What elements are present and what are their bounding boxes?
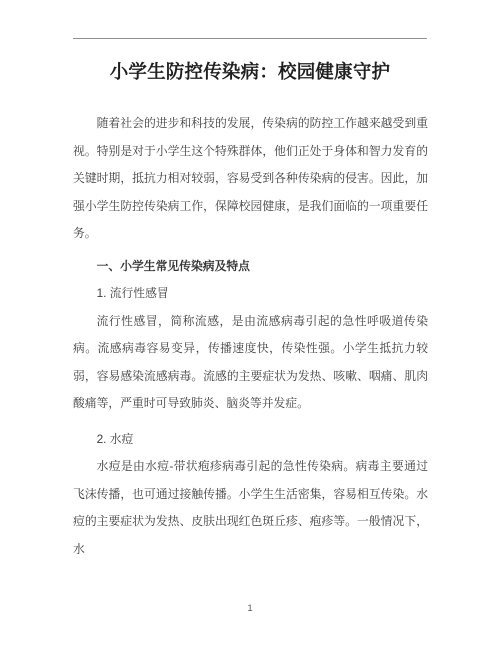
document-page: 小学生防控传染病：校园健康守护 随着社会的进步和科技的发展，传染病的防控工作越来…: [0, 0, 500, 647]
page-number: 1: [0, 603, 500, 615]
intro-paragraph: 随着社会的进步和科技的发展，传染病的防控工作越来越受到重视。特别是对于小学生这个…: [73, 110, 428, 248]
item2-heading: 2. 水痘: [73, 426, 428, 454]
document-body: 随着社会的进步和科技的发展，传染病的防控工作越来越受到重视。特别是对于小学生这个…: [73, 110, 428, 563]
section1-heading: 一、小学生常见传染病及特点: [73, 253, 428, 281]
item2-paragraph: 水痘是由水痘-带状疱疹病毒引起的急性传染病。病毒主要通过飞沫传播，也可通过接触传…: [73, 453, 428, 563]
page-title: 小学生防控传染病：校园健康守护: [0, 0, 500, 87]
item1-paragraph: 流行性感冒，简称流感，是由流感病毒引起的急性呼吸道传染病。流感病毒容易变异，传播…: [73, 308, 428, 418]
item1-heading: 1. 流行性感冒: [73, 280, 428, 308]
header-rule: [73, 38, 427, 39]
